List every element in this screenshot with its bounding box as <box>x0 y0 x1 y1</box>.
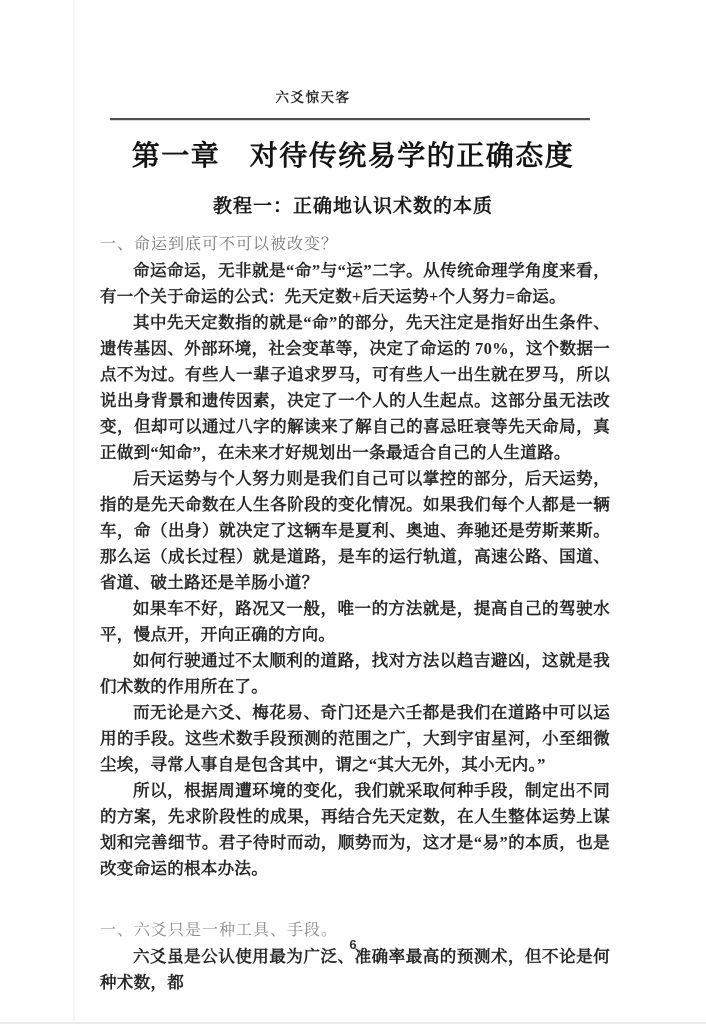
chapter-title: 第一章 对待传统易学的正确态度 <box>40 134 666 174</box>
subhead-question-1: 一、命运到底可不可以被改变？ <box>100 232 610 258</box>
lesson-title: 教程一：正确地认识术数的本质 <box>40 191 666 218</box>
scanned-document-page: 六爻惊天客 第一章 对待传统易学的正确态度 教程一：正确地认识术数的本质 一、命… <box>0 0 706 1024</box>
running-header: 六爻惊天客 <box>0 86 666 106</box>
paragraph-fate-formula: 命运命运，无非就是“命”与“运”二字。从传统命理学角度来看，有一个关于命运的公式… <box>100 258 610 310</box>
paragraph-shushu-purpose: 如何行驶通过不太顺利的道路，找对方法以趋吉避凶，这就是我们术数的作用所在了。 <box>100 648 610 700</box>
header-rule <box>110 118 590 120</box>
paragraph-essence-of-yi: 所以，根据周遭环境的变化，我们就采取何种手段，制定出不同的方案，先求阶段性的成果… <box>100 778 610 882</box>
paragraph-driving-skill: 如果车不好，路况又一般，唯一的方法就是，提高自己的驾驶水平，慢点开，开向正确的方… <box>100 596 610 648</box>
page-header: 六爻惊天客 <box>0 86 706 120</box>
scan-artifact-line <box>73 0 75 1024</box>
page-number: 6 <box>0 937 706 952</box>
paragraph-innate-destiny: 其中先天定数指的就是“命”的部分，先天注定是指好出生条件、遗传基因、外部环境，社… <box>100 310 610 466</box>
paragraph-car-road-analogy: 后天运势与个人努力则是我们自己可以掌控的部分，后天运势，指的是先天命数在人生各阶… <box>100 466 610 596</box>
paragraph-divination-methods: 而无论是六爻、梅花易、奇门还是六壬都是我们在道路中可以运用的手段。这些术数手段预… <box>100 700 610 778</box>
body-text: 一、命运到底可不可以被改变？ 命运命运，无非就是“命”与“运”二字。从传统命理学… <box>100 232 610 996</box>
